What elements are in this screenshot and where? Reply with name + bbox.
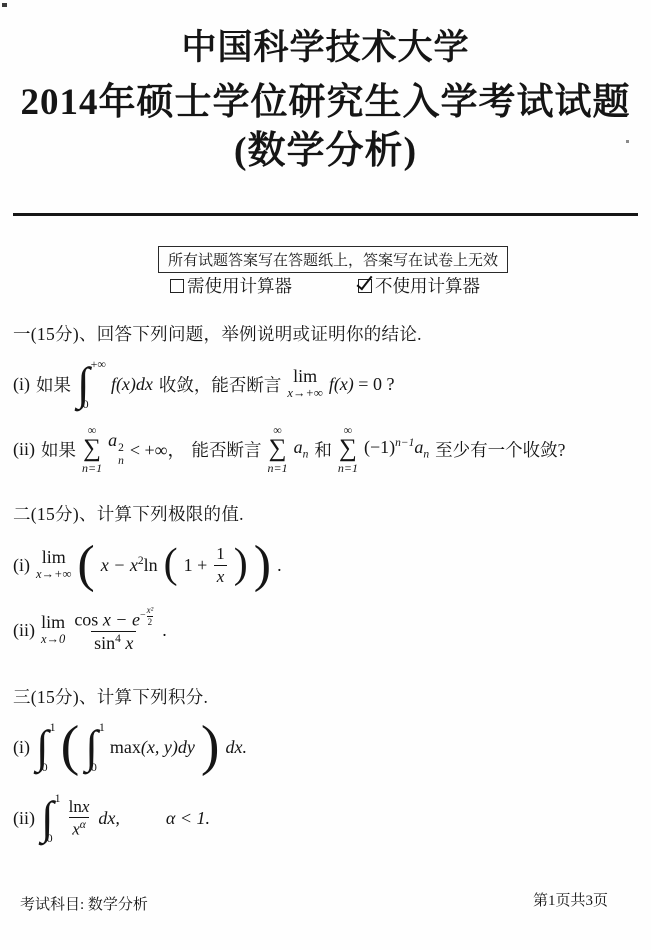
period: . — [162, 620, 167, 641]
integrand: f(x)dx — [111, 374, 153, 395]
x-minus-x: x − x — [101, 555, 138, 575]
divider-rule — [13, 213, 638, 216]
fraction: 1 x — [213, 543, 228, 587]
scan-artifact — [2, 3, 7, 7]
term-a-n: an — [294, 437, 309, 461]
superscript: 4 — [115, 633, 121, 645]
sigma-glyph: ∑ — [83, 436, 101, 462]
tiny-denominator: 2 — [147, 616, 154, 627]
page-number: 第1页共3页 — [533, 889, 608, 910]
university-title: 中国科学技术大学 — [0, 30, 651, 65]
lim-subscript: x→+∞ — [287, 387, 322, 401]
text: 和 — [314, 437, 332, 462]
arguments: (x, y)dy — [141, 737, 195, 757]
tiny-fraction: x²2 — [147, 605, 154, 627]
problem-1-part-i: (i) 如果 ∫ +∞ 0 f(x)dx 收敛，能否断言 lim x→+∞ f(… — [13, 354, 643, 414]
exam-paper-page: 中国科学技术大学 2014年硕士学位研究生入学考试试题 (数学分析) 所有试题答… — [0, 0, 651, 950]
numerator: lnx — [66, 796, 93, 817]
text: 如果 — [36, 372, 71, 397]
notice-box: 所有试题答案写在答题纸上，答案写在试卷上无效 — [158, 246, 508, 273]
sum-symbol: ∞ ∑ n=1 — [268, 424, 288, 474]
tiny-numerator: x² — [147, 605, 154, 615]
superscript: n−1 — [395, 437, 414, 449]
integral-symbol: ∫ +∞ 0 — [77, 358, 105, 410]
variable: x — [82, 797, 90, 816]
limit-symbol: lim x→0 — [41, 613, 65, 647]
lim-subscript: x→+∞ — [36, 568, 71, 582]
close-paren-outer: ) — [254, 543, 271, 587]
upper-bound: 1 — [99, 721, 105, 733]
upper-bound: +∞ — [91, 358, 106, 370]
open-paren-inner: ( — [164, 547, 178, 583]
exponent: −x²2 — [140, 605, 153, 627]
checkbox-checked-icon — [358, 279, 372, 293]
problem-1-header: 一(15分)、回答下列问题，举例说明或证明你的结论. — [13, 321, 422, 346]
x-minus-e: x − e — [103, 610, 140, 630]
dx-tail: dx, — [98, 808, 120, 829]
item-label: (i) — [13, 737, 30, 758]
sum-lower: n=1 — [82, 462, 102, 474]
open-paren-outer: ( — [77, 543, 94, 587]
equals-zero: = 0 ? — [358, 374, 394, 394]
scripts: 2n — [118, 442, 124, 468]
variable: x — [125, 633, 133, 653]
text: 至少有一个收敛? — [435, 437, 565, 462]
problem-2-part-ii: (ii) lim x→0 cos x − e−x²2 sin4 x . — [13, 598, 643, 662]
lim-operator: lim — [41, 613, 65, 633]
text: 如果 — [41, 437, 76, 462]
limit-symbol: lim x→+∞ — [287, 367, 322, 401]
close-paren: ) — [201, 723, 220, 771]
sigma-glyph: ∑ — [269, 436, 287, 462]
integral-symbol: ∫ 1 0 — [36, 721, 55, 773]
period: . — [277, 555, 282, 576]
integral-bounds: +∞ 0 — [90, 358, 105, 410]
item-label: (ii) — [13, 439, 35, 460]
problem-3-part-i: (i) ∫ 1 0 ( ∫ 1 0 max(x, y)dy ) dx. — [13, 715, 643, 779]
fraction: lnx xα — [66, 796, 93, 840]
numerator: cos x − e−x²2 — [71, 605, 156, 631]
exam-title: 2014年硕士学位研究生入学考试试题 — [0, 84, 651, 121]
sin-operator: sin — [94, 633, 115, 653]
sigma-glyph: ∑ — [339, 436, 357, 462]
variable: x — [72, 820, 80, 839]
text: 收敛，能否断言 — [159, 372, 282, 397]
main-fraction: cos x − e−x²2 sin4 x — [71, 605, 156, 655]
integral-symbol: ∫ 1 0 — [85, 721, 104, 773]
limit-symbol: lim x→+∞ — [36, 548, 71, 582]
lim-operator: lim — [42, 548, 66, 568]
upper-bound: 1 — [50, 721, 56, 733]
calculator-options: 需使用计算器 不使用计算器 — [170, 273, 480, 298]
sum-lower: n=1 — [268, 462, 288, 474]
open-paren: ( — [61, 723, 80, 771]
term-a-n-squared: a2n — [108, 430, 124, 468]
comparison: < +∞， — [130, 436, 186, 462]
cos-operator: cos — [74, 610, 98, 630]
subscript: n — [303, 449, 309, 461]
ln-operator: ln — [69, 797, 82, 816]
condition: α < 1. — [166, 808, 210, 829]
sum-symbol: ∞ ∑ n=1 — [338, 424, 358, 474]
base: a — [294, 437, 303, 457]
text: 能否断言 — [192, 437, 262, 462]
item-label: (i) — [13, 555, 30, 576]
denominator: x — [214, 565, 228, 587]
dx-tail: dx. — [226, 737, 248, 758]
calculator-required-label: 需使用计算器 — [187, 273, 292, 298]
problem-3-part-ii: (ii) ∫ 1 0 lnx xα dx, α < 1. — [13, 786, 643, 850]
close-paren-inner: ) — [234, 547, 248, 583]
integral-bounds: 1 0 — [49, 721, 55, 773]
numerator: 1 — [213, 543, 228, 564]
calculator-not-used-label: 不使用计算器 — [375, 273, 480, 298]
notice-text: 所有试题答案写在答题纸上，答案写在试卷上无效 — [168, 253, 498, 269]
neg-one: (−1) — [364, 437, 395, 457]
one-plus: 1 + — [184, 555, 208, 576]
expression: f(x) = 0 ? — [329, 374, 395, 395]
integral-bounds: 1 0 — [98, 721, 104, 773]
check-mark-icon — [357, 272, 373, 290]
upper-bound: 1 — [55, 792, 61, 804]
max-operator: max — [110, 737, 141, 757]
problem-3-header: 三(15分)、计算下列积分. — [13, 684, 208, 709]
superscript: 2 — [118, 442, 124, 455]
lower-bound: 0 — [83, 398, 89, 410]
subscript: n — [118, 455, 124, 468]
problem-1-part-ii: (ii) 如果 ∞ ∑ n=1 a2n < +∞， 能否断言 ∞ ∑ n=1 a… — [13, 419, 643, 479]
expression: x − x2ln — [101, 555, 158, 576]
sum-symbol: ∞ ∑ n=1 — [82, 424, 102, 474]
term-alternating: (−1)n−1an — [364, 437, 429, 461]
sum-lower: n=1 — [338, 462, 358, 474]
integral-symbol: ∫ 1 0 — [41, 792, 60, 844]
lower-bound: 0 — [47, 832, 53, 844]
problem-2-part-i: (i) lim x→+∞ ( x − x2ln ( 1 + 1 x ) ) . — [13, 533, 643, 597]
lim-subscript: x→0 — [41, 633, 65, 647]
subject-title: (数学分析) — [0, 132, 651, 170]
checkbox-unchecked-icon — [170, 279, 184, 293]
lower-bound: 0 — [42, 761, 48, 773]
function: f(x) — [329, 374, 354, 394]
exam-subject-footer: 考试科目: 数学分析 — [20, 893, 148, 914]
problem-2-header: 二(15分)、计算下列极限的值. — [13, 501, 244, 526]
lim-operator: lim — [293, 367, 317, 387]
base: a — [108, 430, 117, 450]
ln-operator: ln — [144, 555, 158, 575]
denominator: xα — [69, 817, 89, 840]
lower-bound: 0 — [91, 761, 97, 773]
integral-bounds: 1 0 — [54, 792, 60, 844]
integrand: max(x, y)dy — [110, 737, 195, 758]
subscript: n — [423, 449, 429, 461]
item-label: (i) — [13, 374, 30, 395]
item-label: (ii) — [13, 808, 35, 829]
item-label: (ii) — [13, 620, 35, 641]
alpha-exponent: α — [80, 819, 86, 831]
minus: − — [140, 610, 146, 623]
denominator: sin4 x — [91, 631, 136, 655]
